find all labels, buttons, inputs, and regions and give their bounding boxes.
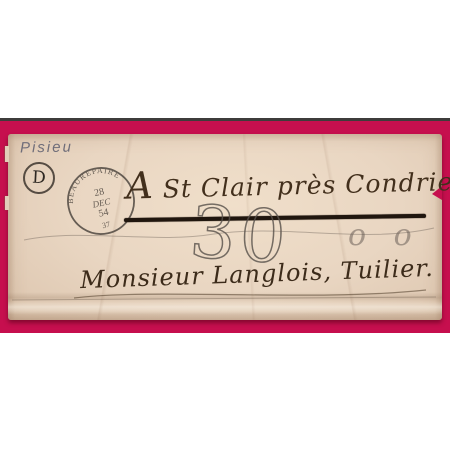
folded-letter: Pisieu D BEAUREPAIRE 28 DEC 54 37 A St C… — [8, 134, 442, 320]
underline-flourish — [74, 284, 430, 306]
datestamp-year: 54 — [98, 207, 110, 220]
paper-fold-tab — [5, 146, 9, 162]
rural-box-d-stamp: D — [22, 161, 56, 195]
pencil-annotation-pisieu: Pisieu — [20, 139, 73, 157]
cover-photo: Pisieu D BEAUREPAIRE 28 DEC 54 37 A St C… — [0, 0, 450, 450]
paper-fold-tab — [5, 196, 9, 210]
faint-pencil-stroke — [24, 220, 436, 256]
